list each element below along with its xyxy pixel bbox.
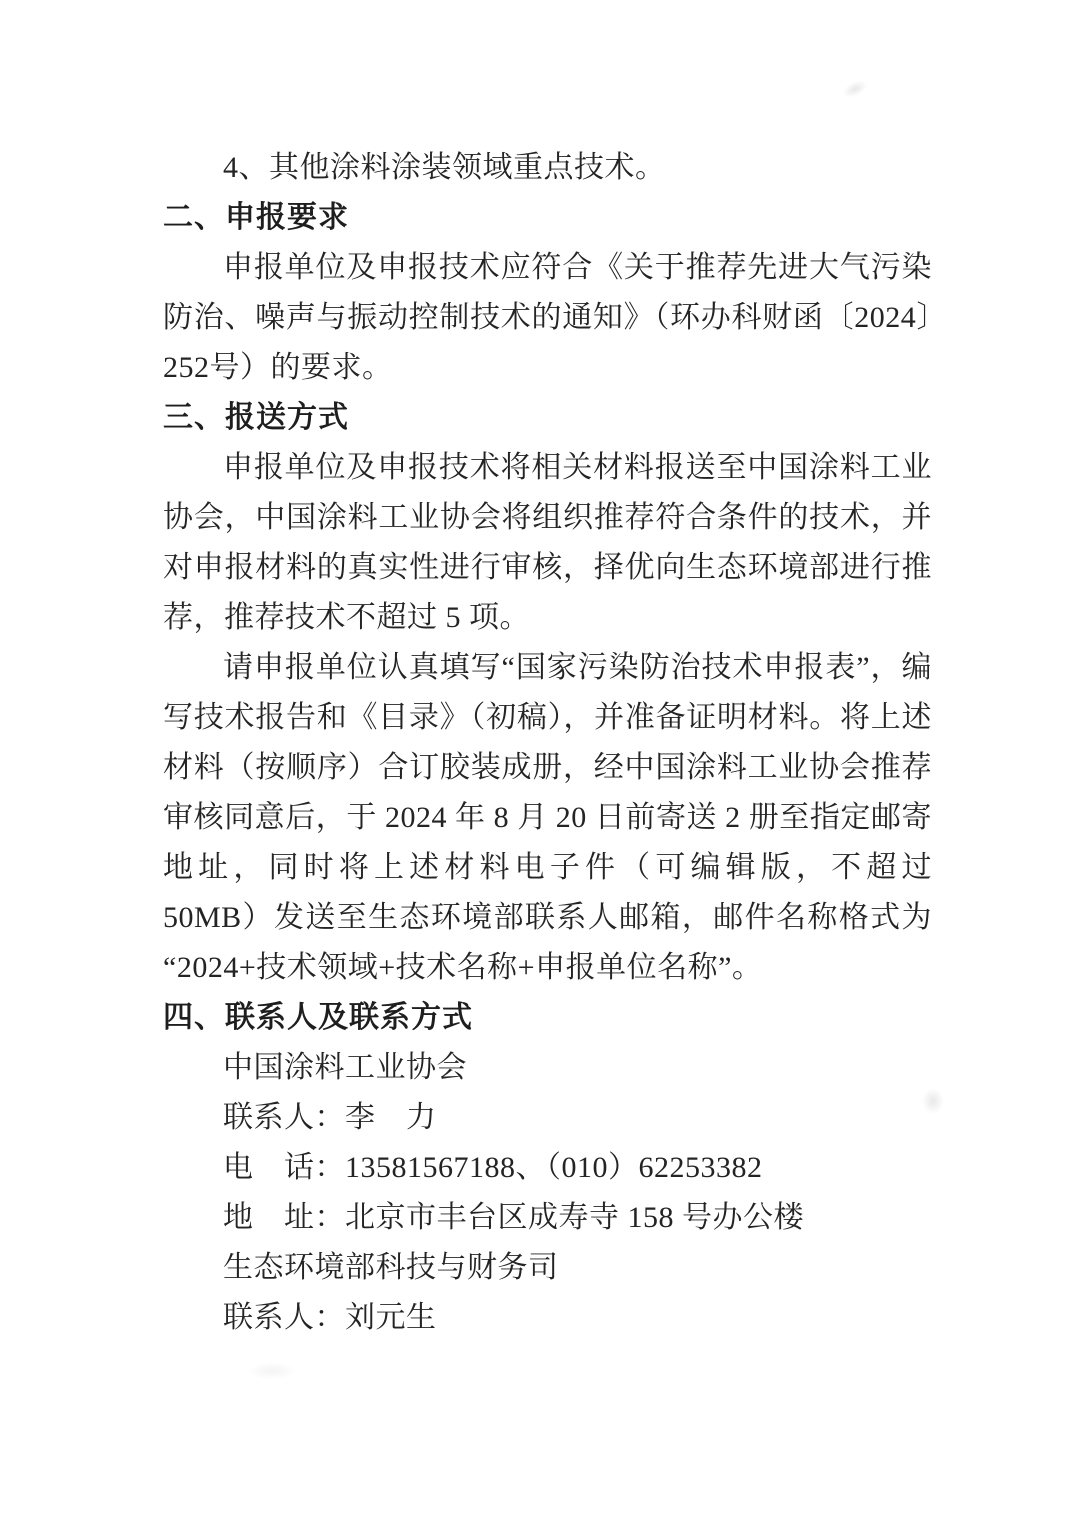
contact-phone-numbers: 电 话：13581567188、（010）62253382 (163, 1143, 932, 1193)
paragraph-material-preparation: 请申报单位认真填写“国家污染防治技术申报表”，编写技术报告和《目录》（初稿），并… (163, 643, 932, 993)
document-page: 4、其他涂料涂装领域重点技术。 二、申报要求 申报单位及申报技术应符合《关于推荐… (0, 0, 1080, 1527)
document-body: 4、其他涂料涂装领域重点技术。 二、申报要求 申报单位及申报技术应符合《关于推荐… (163, 143, 932, 1343)
list-item-other-coating-tech: 4、其他涂料涂装领域重点技术。 (163, 143, 932, 193)
contact-person-liu-yuansheng: 联系人：刘元生 (163, 1293, 932, 1343)
contact-org-ministry-ecology: 生态环境部科技与财务司 (163, 1243, 932, 1293)
scan-artifact (840, 77, 869, 101)
contact-address: 地 址：北京市丰台区成寿寺 158 号办公楼 (163, 1193, 932, 1243)
contact-person-li-li: 联系人：李 力 (163, 1093, 932, 1143)
paragraph-submission-process: 申报单位及申报技术将相关材料报送至中国涂料工业协会，中国涂料工业协会将组织推荐符… (163, 443, 932, 643)
scan-artifact (248, 1362, 296, 1380)
heading-section-3-submission-method: 三、报送方式 (163, 393, 932, 443)
paragraph-application-requirements: 申报单位及申报技术应符合《关于推荐先进大气污染防治、噪声与振动控制技术的通知》（… (163, 243, 932, 393)
heading-section-4-contact-info: 四、联系人及联系方式 (163, 993, 932, 1043)
heading-section-2-application-requirements: 二、申报要求 (163, 193, 932, 243)
contact-org-coating-association: 中国涂料工业协会 (163, 1043, 932, 1093)
